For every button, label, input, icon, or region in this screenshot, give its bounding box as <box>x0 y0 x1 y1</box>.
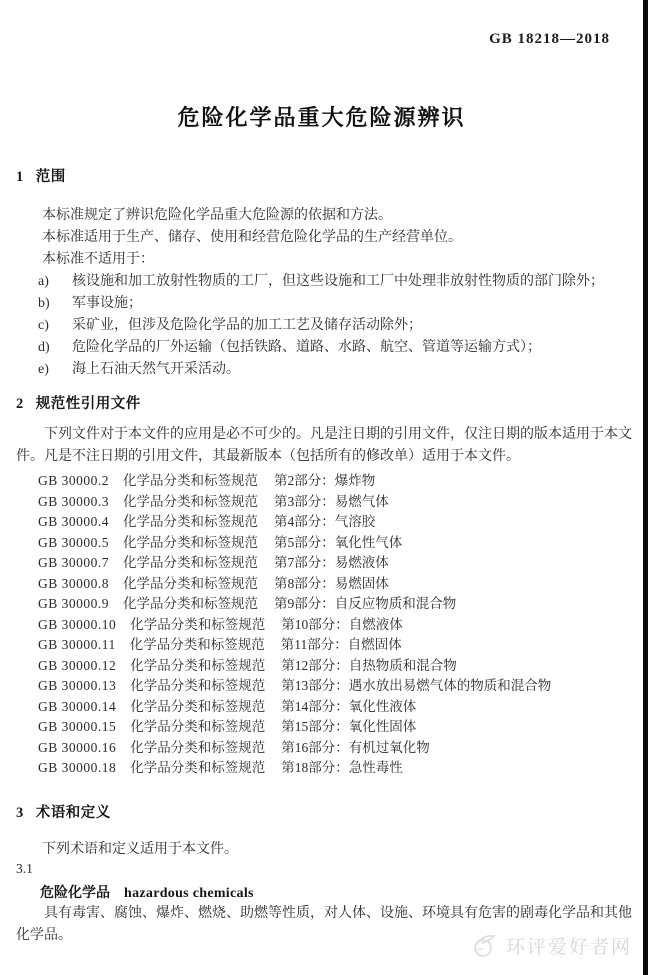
list-item-text: 危险化学品的厂外运输（包括铁路、道路、水路、航空、管道等运输方式）； <box>72 337 636 359</box>
reference-title: 化学品分类和标签规范 <box>123 533 258 554</box>
section-2-intro: 下列文件对于本文件的应用是必不可少的。凡是注日期的引用文件，仅注日期的版本适用于… <box>16 424 636 468</box>
reference-part: 第2部分：爆炸物 <box>274 473 375 488</box>
reference-code: GB 30000.2 <box>38 471 109 492</box>
section-3-title: 术语和定义 <box>36 805 111 821</box>
reference-part: 第12部分：自热物质和混合物 <box>281 658 457 673</box>
term-number: 3.1 <box>16 861 33 877</box>
list-item: c) 采矿业，但涉及危险化学品的加工工艺及储存活动除外； <box>38 315 636 337</box>
paragraph: 本标准不适用于： <box>16 249 636 271</box>
reference-item: GB 30000.12化学品分类和标签规范第12部分：自热物质和混合物 <box>38 656 638 677</box>
paragraph: 本标准规定了辨识危险化学品重大危险源的依据和方法。 <box>16 205 636 227</box>
term-english: hazardous chemicals <box>124 886 254 901</box>
reference-code: GB 30000.10 <box>38 615 116 636</box>
reference-part: 第16部分：有机过氧化物 <box>281 740 430 755</box>
reference-item: GB 30000.14化学品分类和标签规范第14部分：氧化性液体 <box>38 697 638 718</box>
reference-item: GB 30000.15化学品分类和标签规范第15部分：氧化性固体 <box>38 717 638 738</box>
reference-code: GB 30000.4 <box>38 512 109 533</box>
list-item-text: 海上石油天然气开采活动。 <box>72 359 636 381</box>
reference-item: GB 30000.2化学品分类和标签规范第2部分：爆炸物 <box>38 471 638 492</box>
reference-code: GB 30000.7 <box>38 553 109 574</box>
reference-title: 化学品分类和标签规范 <box>123 594 258 615</box>
normative-reference-list: GB 30000.2化学品分类和标签规范第2部分：爆炸物 GB 30000.3化… <box>38 471 638 779</box>
reference-part: 第5部分：氧化性气体 <box>274 535 402 550</box>
reference-title: 化学品分类和标签规范 <box>130 656 265 677</box>
list-item-text: 采矿业，但涉及危险化学品的加工工艺及储存活动除外； <box>72 315 636 337</box>
reference-title: 化学品分类和标签规范 <box>130 717 265 738</box>
reference-item: GB 30000.5化学品分类和标签规范第5部分：氧化性气体 <box>38 533 638 554</box>
reference-title: 化学品分类和标签规范 <box>123 492 258 513</box>
document-page: GB 18218—2018 危险化学品重大危险源辨识 1范围 本标准规定了辨识危… <box>0 0 648 975</box>
reference-title: 化学品分类和标签规范 <box>130 758 265 779</box>
reference-title: 化学品分类和标签规范 <box>123 553 258 574</box>
reference-part: 第3部分：易燃气体 <box>274 494 389 509</box>
section-3-intro: 下列术语和定义适用于本文件。 <box>16 839 648 861</box>
reference-code: GB 30000.5 <box>38 533 109 554</box>
reference-title: 化学品分类和标签规范 <box>130 676 265 697</box>
term-heading: 危险化学品hazardous chemicals <box>40 882 254 902</box>
list-item: e) 海上石油天然气开采活动。 <box>38 359 636 381</box>
reference-code: GB 30000.11 <box>38 635 116 656</box>
list-item-label: a) <box>38 271 72 293</box>
reference-code: GB 30000.16 <box>38 738 116 759</box>
reference-item: GB 30000.18化学品分类和标签规范第18部分：急性毒性 <box>38 758 638 779</box>
reference-code: GB 30000.14 <box>38 697 116 718</box>
section-3-number: 3 <box>16 805 24 821</box>
term-chinese: 危险化学品 <box>40 886 110 901</box>
reference-part: 第8部分：易燃固体 <box>274 576 389 591</box>
reference-code: GB 30000.3 <box>38 492 109 513</box>
reference-title: 化学品分类和标签规范 <box>123 471 258 492</box>
section-2-title: 规范性引用文件 <box>36 396 141 412</box>
exclusion-list: a) 核设施和加工放射性物质的工厂，但这些设施和工厂中处理非放射性物质的部门除外… <box>38 271 636 381</box>
section-3-heading: 3术语和定义 <box>16 801 111 822</box>
document-title: 危险化学品重大危险源辨识 <box>0 101 643 132</box>
list-item-label: c) <box>38 315 72 337</box>
reference-part: 第10部分：自燃液体 <box>281 617 403 632</box>
list-item-label: d) <box>38 337 72 359</box>
reference-part: 第18部分：急性毒性 <box>281 760 403 775</box>
watermark-text: 环评爱好者网 <box>506 932 632 959</box>
reference-code: GB 30000.8 <box>38 574 109 595</box>
reference-part: 第15部分：氧化性固体 <box>281 719 416 734</box>
reference-item: GB 30000.13化学品分类和标签规范第13部分：遇水放出易燃气体的物质和混… <box>38 676 638 697</box>
section-1-title: 范围 <box>36 169 66 185</box>
section-1-heading: 1范围 <box>16 165 66 186</box>
reference-item: GB 30000.7化学品分类和标签规范第7部分：易燃液体 <box>38 553 638 574</box>
list-item-label: b) <box>38 293 72 315</box>
watermark-logo-icon <box>470 933 498 959</box>
reference-item: GB 30000.3化学品分类和标签规范第3部分：易燃气体 <box>38 492 638 513</box>
reference-code: GB 30000.9 <box>38 594 109 615</box>
reference-code: GB 30000.13 <box>38 676 116 697</box>
list-item: d) 危险化学品的厂外运输（包括铁路、道路、水路、航空、管道等运输方式）； <box>38 337 636 359</box>
reference-title: 化学品分类和标签规范 <box>123 574 258 595</box>
reference-code: GB 30000.18 <box>38 758 116 779</box>
list-item: b) 军事设施； <box>38 293 636 315</box>
reference-part: 第14部分：氧化性液体 <box>281 699 416 714</box>
reference-item: GB 30000.11化学品分类和标签规范第11部分：自燃固体 <box>38 635 638 656</box>
reference-code: GB 30000.12 <box>38 656 116 677</box>
reference-item: GB 30000.8化学品分类和标签规范第8部分：易燃固体 <box>38 574 638 595</box>
reference-part: 第9部分：自反应物质和混合物 <box>274 596 456 611</box>
reference-part: 第7部分：易燃液体 <box>274 555 389 570</box>
reference-item: GB 30000.9化学品分类和标签规范第9部分：自反应物质和混合物 <box>38 594 638 615</box>
section-2-heading: 2规范性引用文件 <box>16 392 141 413</box>
section-1-paragraphs: 本标准规定了辨识危险化学品重大危险源的依据和方法。 本标准适用于生产、储存、使用… <box>16 205 636 271</box>
reference-title: 化学品分类和标签规范 <box>130 635 265 656</box>
paragraph: 本标准适用于生产、储存、使用和经营危险化学品的生产经营单位。 <box>16 227 636 249</box>
scan-edge-bar <box>643 0 648 975</box>
watermark: 环评爱好者网 <box>470 932 632 959</box>
section-2-number: 2 <box>16 396 24 412</box>
list-item-text: 军事设施； <box>72 293 636 315</box>
reference-item: GB 30000.10化学品分类和标签规范第10部分：自燃液体 <box>38 615 638 636</box>
reference-title: 化学品分类和标签规范 <box>130 738 265 759</box>
reference-title: 化学品分类和标签规范 <box>123 512 258 533</box>
reference-item: GB 30000.16化学品分类和标签规范第16部分：有机过氧化物 <box>38 738 638 759</box>
list-item-text: 核设施和加工放射性物质的工厂，但这些设施和工厂中处理非放射性物质的部门除外； <box>72 271 636 293</box>
reference-part: 第11部分：自燃固体 <box>281 637 402 652</box>
section-1-number: 1 <box>16 169 24 185</box>
reference-title: 化学品分类和标签规范 <box>130 615 265 636</box>
reference-item: GB 30000.4化学品分类和标签规范第4部分：气溶胶 <box>38 512 638 533</box>
reference-part: 第13部分：遇水放出易燃气体的物质和混合物 <box>281 678 551 693</box>
reference-code: GB 30000.15 <box>38 717 116 738</box>
standard-code: GB 18218—2018 <box>489 31 610 48</box>
list-item: a) 核设施和加工放射性物质的工厂，但这些设施和工厂中处理非放射性物质的部门除外… <box>38 271 636 293</box>
list-item-label: e) <box>38 359 72 381</box>
reference-title: 化学品分类和标签规范 <box>130 697 265 718</box>
reference-part: 第4部分：气溶胶 <box>274 514 375 529</box>
